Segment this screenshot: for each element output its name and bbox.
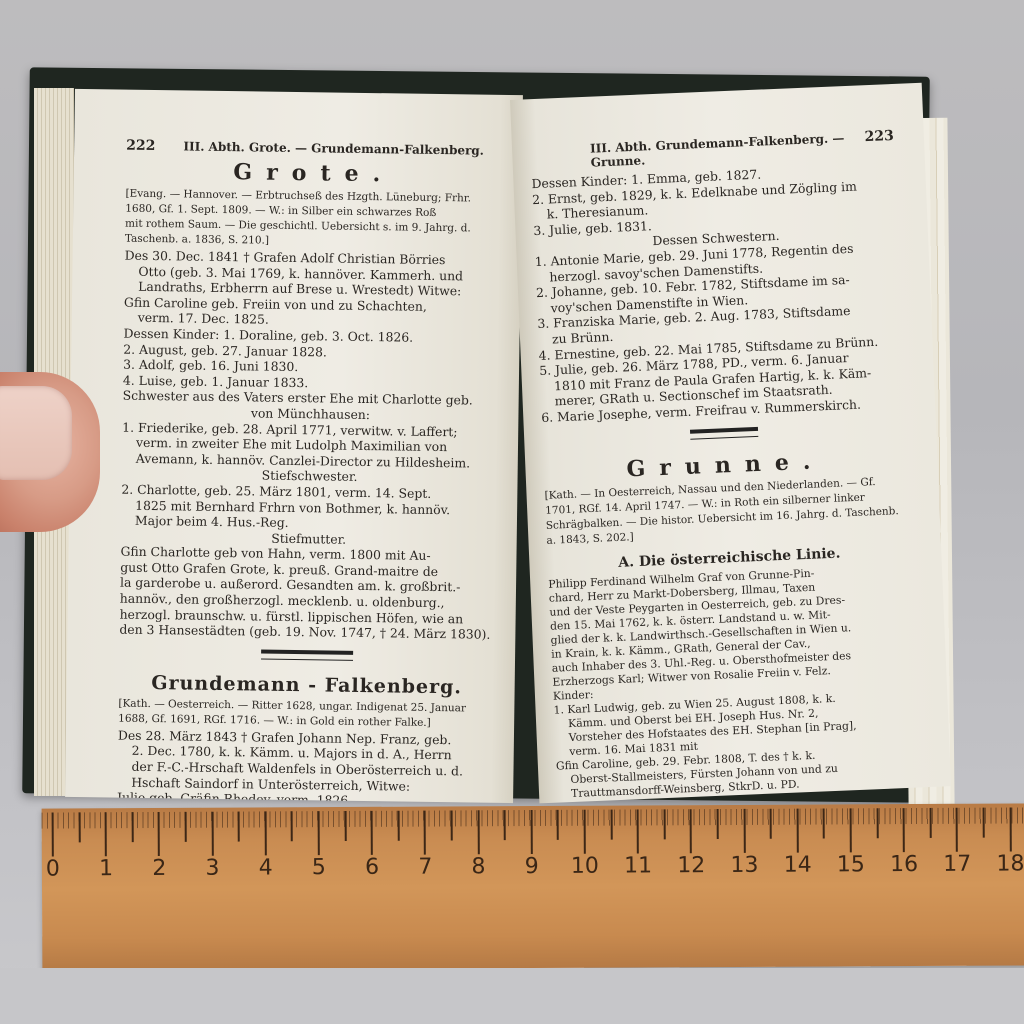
right-page: III. Abth. Grundemann-Falkenberg. — Grun… <box>510 83 951 804</box>
section-bracket-note: [Kath. — Oesterreich. — Ritter 1628, ung… <box>118 697 494 730</box>
cm-tick <box>903 808 905 852</box>
half-cm-tick <box>131 812 133 842</box>
ruler-label: 8 <box>471 854 485 879</box>
section-body: Des 30. Dec. 1841 † Grafen Adolf Christi… <box>119 248 500 643</box>
half-cm-tick <box>344 811 346 841</box>
ruler-label: 13 <box>730 853 758 878</box>
section-title: Grote. <box>126 158 502 189</box>
cm-tick <box>105 812 107 856</box>
cm-tick <box>1009 808 1011 852</box>
ruler-label: 3 <box>205 856 219 881</box>
cm-tick <box>424 811 426 855</box>
running-head-left: 222 III. Abth. Grote. — Grundemann-Falke… <box>126 138 502 159</box>
cm-tick <box>158 812 160 856</box>
cm-tick <box>264 811 266 855</box>
half-cm-tick <box>504 810 506 840</box>
cm-tick <box>477 810 479 854</box>
cm-tick <box>850 808 852 852</box>
thumbnail <box>0 386 72 480</box>
half-cm-tick <box>983 808 985 838</box>
ruler-label: 12 <box>677 853 705 878</box>
cm-tick <box>52 813 54 857</box>
table-surface <box>0 968 1024 1024</box>
wooden-ruler: 0123456789101112131415161718 <box>42 803 1024 970</box>
page-number: 223 <box>864 128 894 145</box>
half-cm-tick <box>238 812 240 842</box>
half-cm-tick <box>770 809 772 839</box>
left-page: 222 III. Abth. Grote. — Grundemann-Falke… <box>65 89 523 803</box>
half-cm-tick <box>610 810 612 840</box>
ruler-label: 9 <box>525 854 539 879</box>
half-cm-tick <box>397 811 399 841</box>
running-head-text: III. Abth. Grote. — Grundemann-Falkenber… <box>183 139 484 157</box>
ruler-label: 10 <box>571 854 599 879</box>
half-cm-tick <box>929 808 931 838</box>
cm-tick <box>956 808 958 852</box>
ruler-label: 4 <box>259 855 273 880</box>
ruler-label: 0 <box>46 856 60 881</box>
continuation-body: Dessen Kinder: 1. Emma, geb. 1827.2. Ern… <box>531 161 905 426</box>
ruler-label: 14 <box>784 853 812 878</box>
ruler-label: 1 <box>99 856 113 881</box>
half-cm-tick <box>876 808 878 838</box>
section-bracket-note: [Evang. — Hannover. — Erbtruchseß des Hz… <box>125 188 502 251</box>
ruler-label: 11 <box>624 853 652 878</box>
page-number: 222 <box>126 138 155 154</box>
cm-tick <box>584 810 586 854</box>
section-bracket-note: [Kath. — In Oesterreich, Nassau und den … <box>544 474 910 547</box>
cm-tick <box>690 809 692 853</box>
half-cm-tick <box>291 811 293 841</box>
cm-tick <box>371 811 373 855</box>
ruler-label: 18 <box>996 851 1024 876</box>
ruler-label: 15 <box>837 852 865 877</box>
half-cm-tick <box>557 810 559 840</box>
ruler-label: 7 <box>418 855 432 880</box>
ruler-label: 5 <box>312 855 326 880</box>
section-title: Grundemann - Falkenberg. <box>119 671 495 698</box>
half-cm-tick <box>185 812 187 842</box>
half-cm-tick <box>717 809 719 839</box>
cm-tick <box>318 811 320 855</box>
section-body: Philipp Ferdinand Wilhelm Graf von Grunn… <box>548 562 921 801</box>
ruler-label: 6 <box>365 855 379 880</box>
section-body: Des 28. März 1843 † Grafen Johann Nep. F… <box>117 727 494 803</box>
cm-tick <box>743 809 745 853</box>
cm-tick <box>796 809 798 853</box>
ruler-label: 2 <box>152 856 166 881</box>
cm-tick <box>530 810 532 854</box>
cm-tick <box>211 812 213 856</box>
ruler-label: 16 <box>890 852 918 877</box>
half-cm-tick <box>663 809 665 839</box>
ruler-label: 17 <box>943 852 971 877</box>
half-cm-tick <box>78 812 80 842</box>
half-cm-tick <box>451 810 453 840</box>
section-divider <box>261 649 353 660</box>
cm-tick <box>637 809 639 853</box>
section-divider <box>690 426 758 439</box>
half-cm-tick <box>823 808 825 838</box>
